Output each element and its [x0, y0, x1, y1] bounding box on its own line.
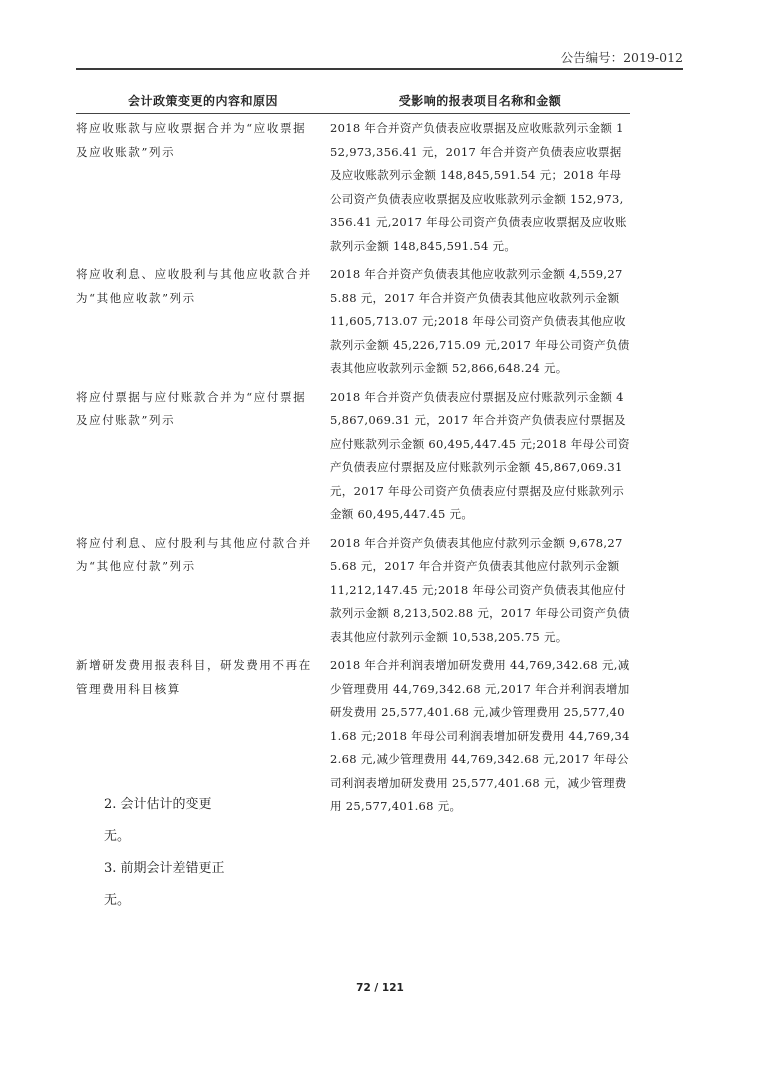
affected-amount-cell: 2018 年合并资产负债表应付票据及应付账款列示金额 45,867,069.31…: [330, 383, 630, 529]
affected-amount-cell: 2018 年合并资产负债表其他应付款列示金额 9,678,275.68 元，20…: [330, 529, 630, 652]
affected-amount-cell: 2018 年合并利润表增加研发费用 44,769,342.68 元,减少管理费用…: [330, 651, 630, 821]
change-reason-cell: 将应收利息、应收股利与其他应收款合并为“其他应收款”列示: [76, 260, 330, 383]
affected-amount-cell: 2018 年合并资产负债表应收票据及应收账款列示金额 152,973,356.4…: [330, 114, 630, 261]
change-reason-cell: 将应收账款与应收票据合并为“应收票据及应收账款”列示: [76, 114, 330, 261]
page-number: 72 / 121: [0, 982, 760, 994]
section-body-estimate-change: 无。: [104, 825, 130, 844]
table-row: 将应收利息、应收股利与其他应收款合并为“其他应收款”列示 2018 年合并资产负…: [76, 260, 630, 383]
table-header-row: 会计政策变更的内容和原因 受影响的报表项目名称和金额: [76, 92, 630, 114]
document-number: 公告编号：2019-012: [561, 48, 683, 66]
column-header-amount: 受影响的报表项目名称和金额: [330, 92, 630, 114]
table-row: 将应付票据与应付账款合并为“应付票据及应付账款”列示 2018 年合并资产负债表…: [76, 383, 630, 529]
section-body-error-correction: 无。: [104, 889, 130, 908]
table-row: 将应付利息、应付股利与其他应付款合并为“其他应付款”列示 2018 年合并资产负…: [76, 529, 630, 652]
section-heading-error-correction: 3. 前期会计差错更正: [104, 857, 225, 876]
section-heading-estimate-change: 2. 会计估计的变更: [104, 793, 212, 812]
affected-amount-cell: 2018 年合并资产负债表其他应收款列示金额 4,559,275.88 元，20…: [330, 260, 630, 383]
page-header: 公告编号：2019-012: [76, 46, 683, 70]
table-row: 将应收账款与应收票据合并为“应收票据及应收账款”列示 2018 年合并资产负债表…: [76, 114, 630, 261]
accounting-policy-change-table: 会计政策变更的内容和原因 受影响的报表项目名称和金额 将应收账款与应收票据合并为…: [76, 92, 630, 821]
change-reason-cell: 将应付利息、应付股利与其他应付款合并为“其他应付款”列示: [76, 529, 330, 652]
change-reason-cell: 将应付票据与应付账款合并为“应付票据及应付账款”列示: [76, 383, 330, 529]
column-header-reason: 会计政策变更的内容和原因: [76, 92, 330, 114]
